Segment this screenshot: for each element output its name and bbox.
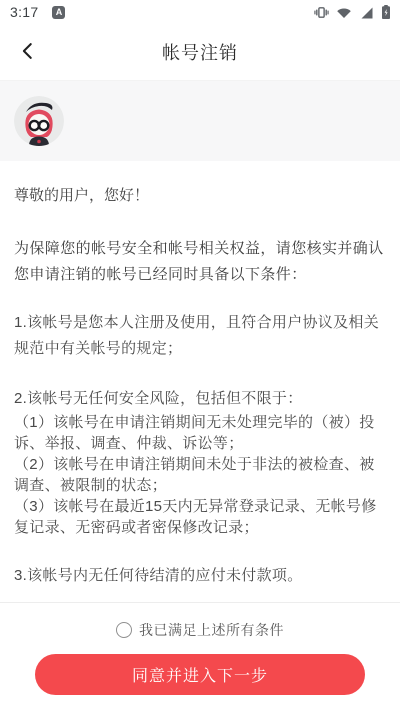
condition-3: 3.该帐号内无任何待结清的应付未付款项。	[14, 563, 386, 589]
condition-1: 1.该帐号是您本人注册及使用，且符合用户协议及相关规范中有关帐号的规定；	[14, 310, 386, 362]
wifi-icon	[336, 5, 352, 20]
back-button[interactable]	[10, 34, 46, 70]
vibrate-icon	[314, 5, 329, 20]
agree-label: 我已满足上述所有条件	[139, 620, 284, 640]
status-icons	[314, 4, 391, 20]
notification-app-icon: A	[52, 6, 65, 19]
agree-next-step-button[interactable]: 同意并进入下一步	[35, 654, 365, 695]
page-title: 帐号注销	[162, 39, 238, 65]
intro-text: 为保障您的帐号安全和帐号相关权益，请您核实并确认您申请注销的帐号已经同时具备以下…	[14, 236, 386, 288]
greeting-text: 尊敬的用户，您好！	[14, 183, 386, 209]
condition-2-sub-1: （1）该帐号在申请注销期间无未处理完毕的（被）投诉、举报、调查、仲裁、诉讼等；	[14, 412, 386, 454]
condition-2-sub-3: （3）该帐号在最近15天内无异常登录记录、无帐号修复记录、无密码或者密保修改记录…	[14, 496, 386, 538]
avatar	[14, 96, 64, 146]
cellular-signal-icon	[359, 5, 374, 20]
battery-charging-icon	[381, 4, 391, 20]
section-divider	[0, 602, 400, 603]
nav-header: 帐号注销	[0, 24, 400, 81]
agree-radio-button[interactable]	[116, 622, 132, 638]
condition-2-heading: 2.该帐号无任何安全风险，包括但不限于：	[14, 386, 386, 412]
profile-section	[0, 81, 400, 161]
agree-row[interactable]: 我已满足上述所有条件	[0, 620, 400, 640]
terms-content: 尊敬的用户，您好！ 为保障您的帐号安全和帐号相关权益，请您核实并确认您申请注销的…	[0, 183, 400, 589]
clock: 3:17	[10, 4, 38, 20]
back-chevron-icon	[17, 40, 39, 65]
status-bar: 3:17 A	[0, 0, 400, 24]
condition-2-sub-2: （2）该帐号在申请注销期间未处于非法的被检查、被调查、被限制的状态；	[14, 454, 386, 496]
